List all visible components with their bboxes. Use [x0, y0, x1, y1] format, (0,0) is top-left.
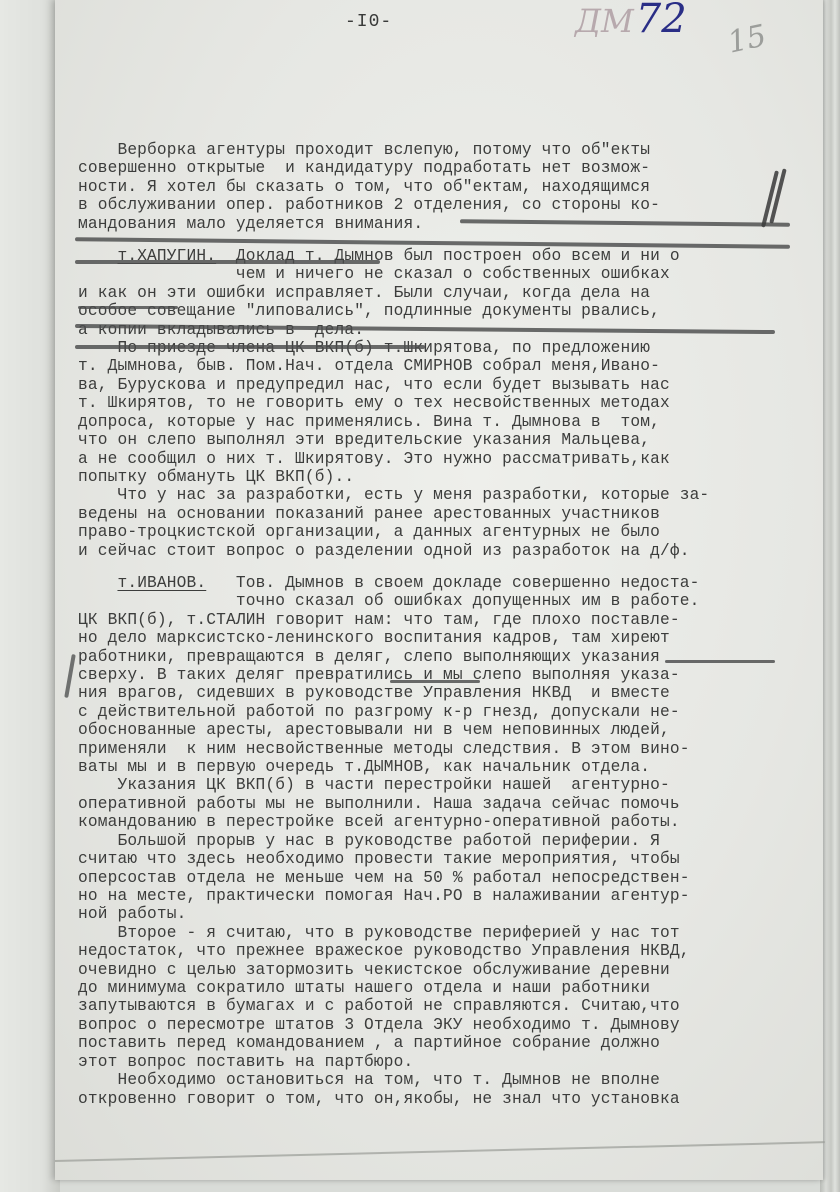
text-line: Что у нас за разработки, есть у меня раз… [78, 485, 709, 505]
text-line: с действительной работой по разгрому к-р… [78, 702, 680, 722]
text-line: попытку обмануть ЦК ВКП(б).. [78, 467, 354, 487]
text-line: оперсостав отдела не меньше чем на 50 % … [78, 868, 690, 888]
text-line: точно сказал об ошибках допущенных им в … [78, 591, 699, 611]
text-line: в обслуживании опер. работников 2 отделе… [78, 195, 660, 215]
text-line: этот вопрос поставить на партбюро. [78, 1052, 413, 1072]
text-line: ваты мы и в первую очередь т.ДЫМНОВ, как… [78, 757, 650, 777]
text-line: а не сообщил о них т. Шкирятову. Это нуж… [78, 449, 670, 469]
pencil-underline [390, 680, 480, 683]
archive-mark-pencil: ДМ [575, 2, 634, 40]
text-line: что он слепо выполнял эти вредительские … [78, 430, 650, 450]
pencil-underline [665, 660, 775, 663]
text-line: Верборка агентуры проходит вслепую, пото… [78, 140, 650, 160]
text-line: но дело марксистско-ленинского воспитани… [78, 628, 670, 648]
text-line: Необходимо остановиться на том, что т. Д… [78, 1070, 660, 1090]
text-line: недостаток, что прежнее вражеское руково… [78, 941, 690, 961]
text-line: ва, Бурускова и предупредил нас, что есл… [78, 375, 670, 395]
text-line: и сейчас стоит вопрос о разделении одной… [78, 541, 690, 561]
text-line: ния врагов, сидевших в руководстве Управ… [78, 683, 670, 703]
page-number: -I0- [345, 12, 392, 32]
archive-mark-ink: 72 [636, 0, 687, 42]
text-line: совершенно открытые и кандидатуру подраб… [78, 158, 650, 178]
text-line: особое совещание "липовались", подлинные… [78, 301, 660, 321]
text-line: Второе - я считаю, что в руководстве пер… [78, 923, 680, 943]
text-line: оперативной работы мы не выполнили. Наша… [78, 794, 680, 814]
text-line: очевидно с целью затормозить чекистское … [78, 960, 670, 980]
pencil-underline [75, 260, 380, 264]
pencil-underline [75, 345, 425, 349]
text-line: ведены на основании показаний ранее арес… [78, 504, 660, 524]
text-line: применяли к ним несвойственные методы сл… [78, 739, 690, 759]
text-line: запутываются в бумагах и с работой не сп… [78, 996, 680, 1016]
text-line: ЦК ВКП(б), т.СТАЛИН говорит нам: что там… [78, 610, 680, 630]
text-line: работники, превращаются в деляг, слепо в… [78, 647, 660, 667]
text-line: ности. Я хотел бы сказать о том, что об"… [78, 177, 650, 197]
text-line: чем и ничего не сказал о собственных оши… [78, 264, 670, 284]
text-line: т.ИВАНОВ. Тов. Дымнов в своем докладе со… [78, 573, 699, 593]
text-line: мандования мало уделяется внимания. [78, 214, 423, 234]
text-line: Большой прорыв у нас в руководстве работ… [78, 831, 660, 851]
backing-page [0, 0, 60, 1192]
stacked-page-edges [820, 0, 840, 1192]
text-line: откровенно говорит о том, что он,якобы, … [78, 1089, 680, 1109]
archive-mark: ДМ72 [575, 0, 687, 42]
text-line: но на месте, практически помогая Нач.РО … [78, 886, 690, 906]
text-line: Указания ЦК ВКП(б) в части перестройки н… [78, 775, 670, 795]
text-line: и как он эти ошибки исправляет. Были слу… [78, 283, 650, 303]
text-line: вопрос о пересмотре штатов 3 Отдела ЭКУ … [78, 1015, 680, 1035]
text-line: командованию в перестройке всей агентурн… [78, 812, 680, 832]
text-line: допроса, которые у нас применялись. Вина… [78, 412, 660, 432]
text-line: право-троцкистской организации, а данных… [78, 522, 660, 542]
text-line: считаю что здесь необходимо провести так… [78, 849, 680, 869]
text-line: поставить перед командованием , а партий… [78, 1033, 660, 1053]
text-line: т. Дымнова, быв. Пом.Нач. отдела СМИРНОВ… [78, 356, 660, 376]
text-line: обоснованные аресты, арестовывали ни в ч… [78, 720, 670, 740]
speaker-name: т.ИВАНОВ. [117, 574, 206, 592]
text-line: до минимума сократило штаты нашего отдел… [78, 978, 650, 998]
text-line: сверху. В таких деляг превратились и мы … [78, 665, 680, 685]
pencil-underline [78, 306, 178, 309]
text-line: ной работы. [78, 904, 187, 924]
text-line: т. Шкирятов, то не говорить ему о тех не… [78, 393, 670, 413]
